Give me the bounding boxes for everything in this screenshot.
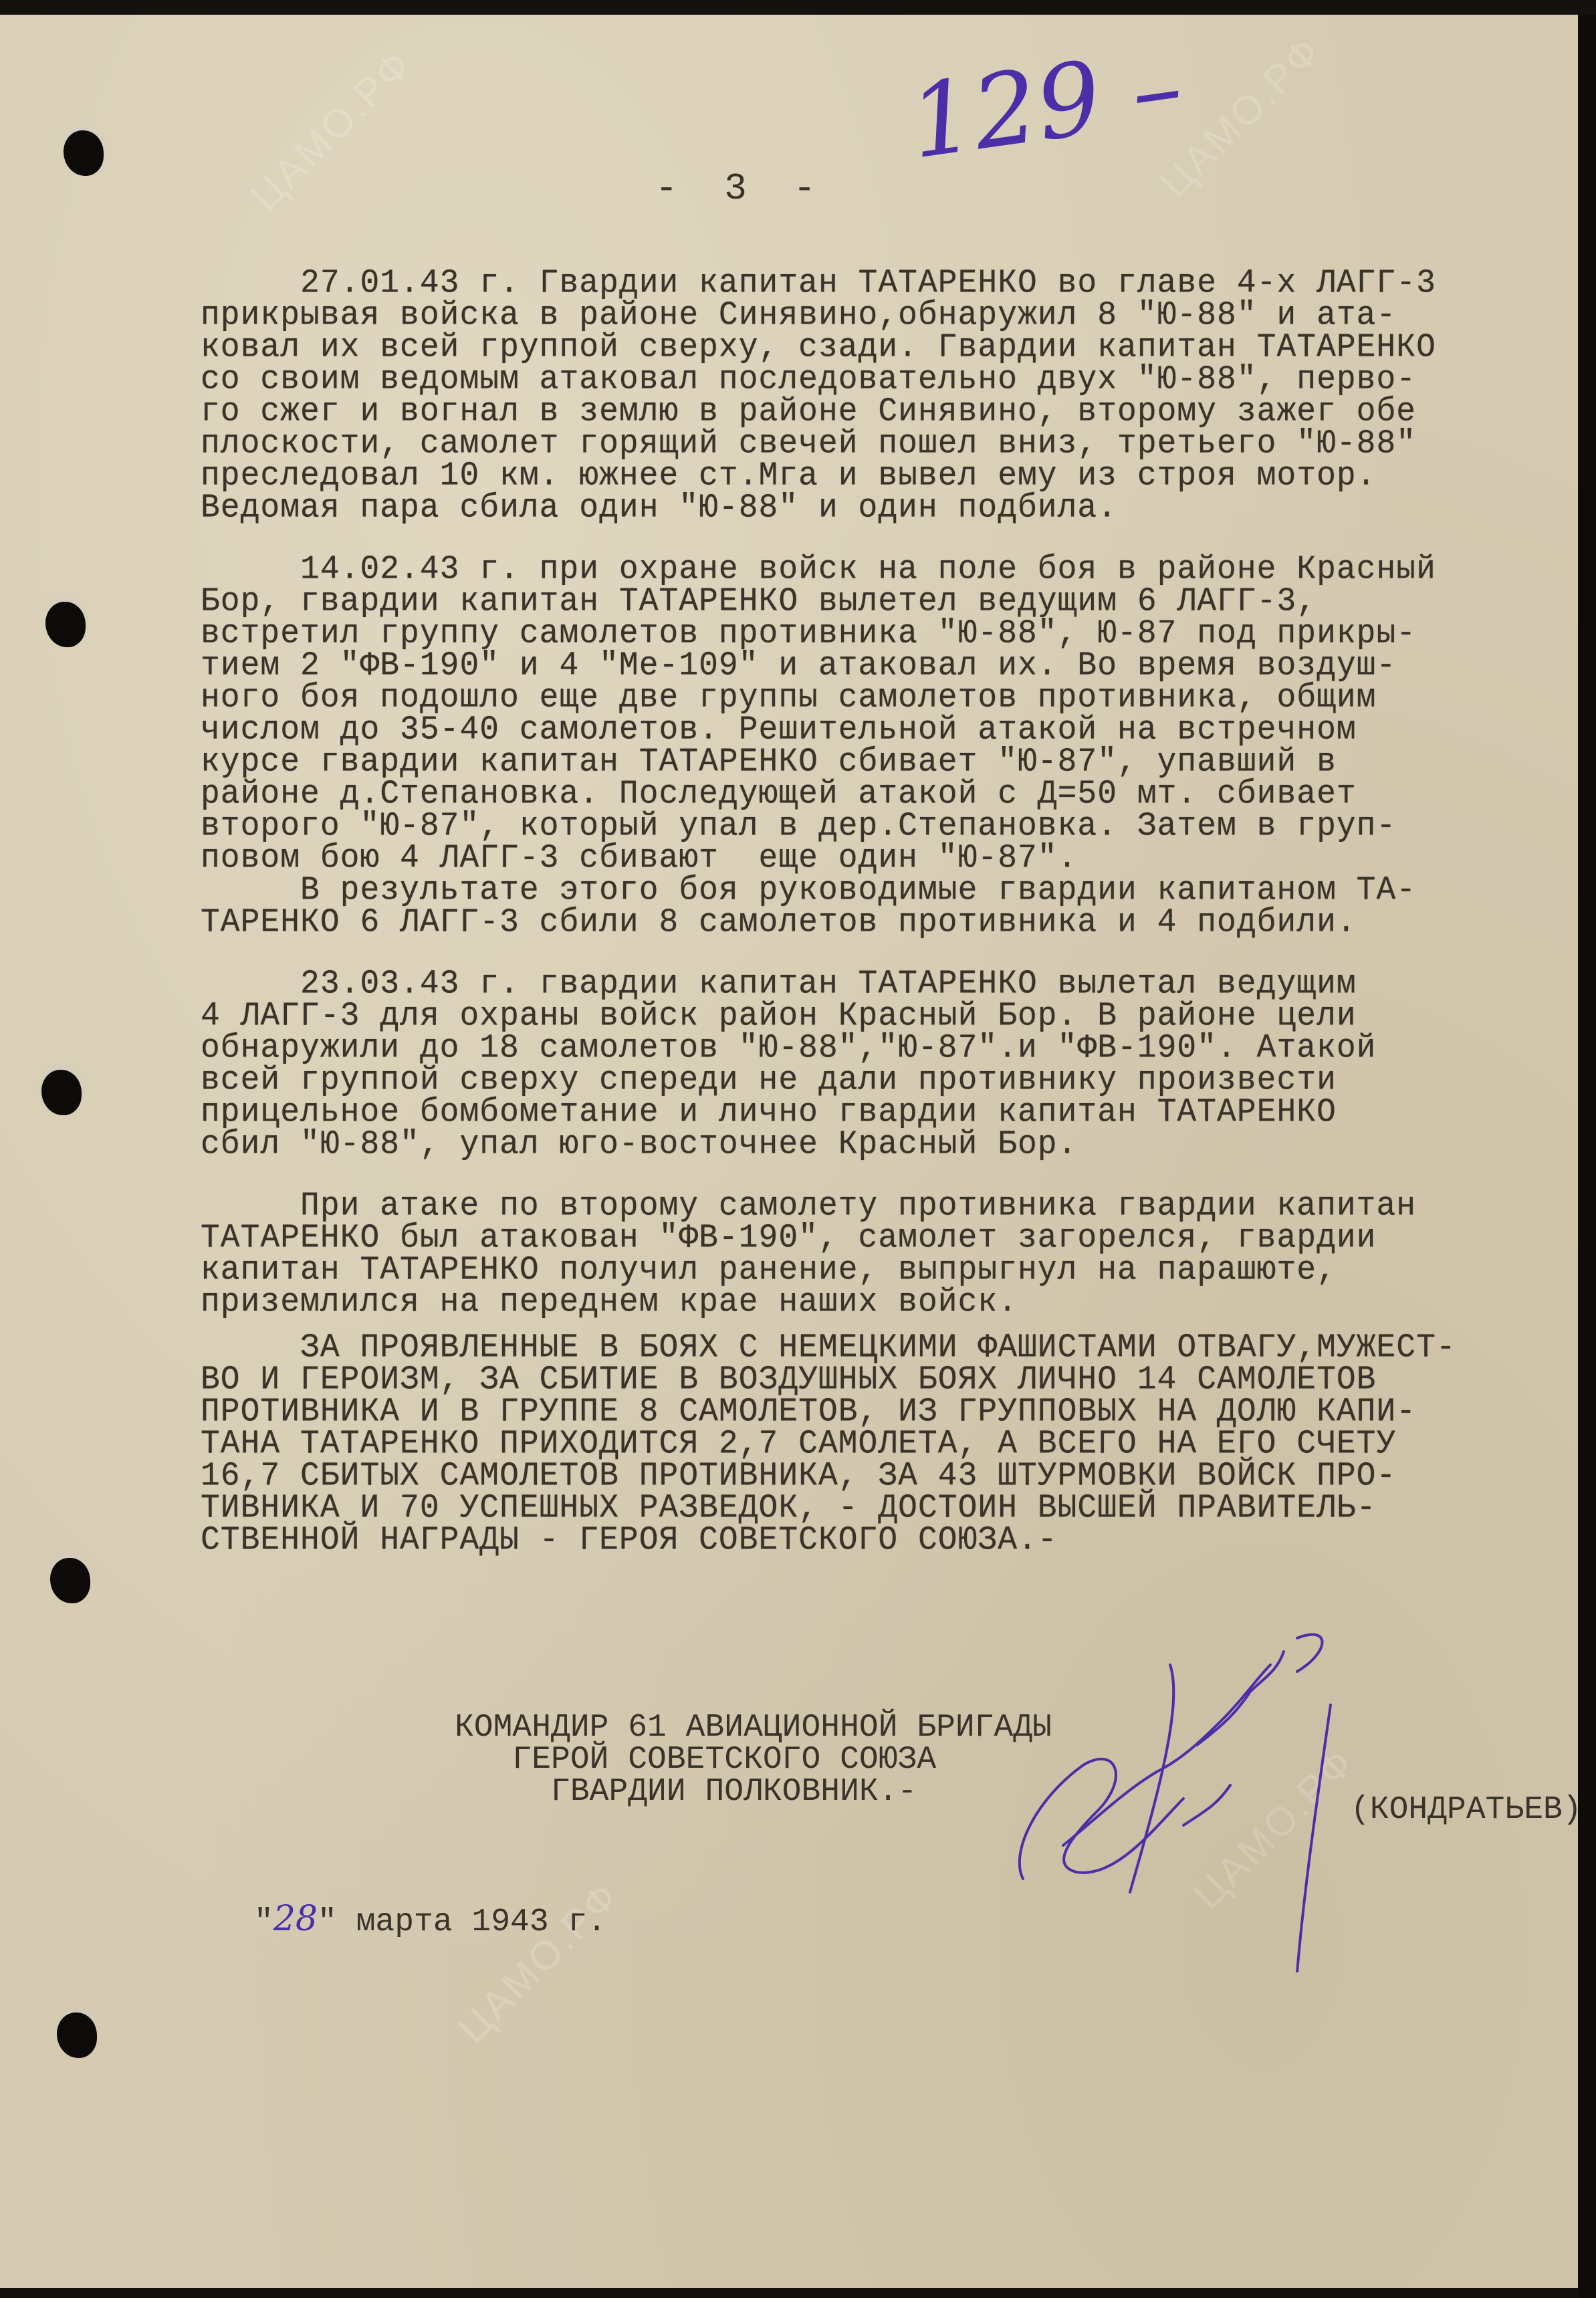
date-day: 28 (273, 1899, 318, 1939)
text-line: обнаружили до 18 самолетов "Ю-88","Ю-87"… (201, 1032, 1591, 1065)
text-line: сбил "Ю-88", упал юго-восточнее Красный … (201, 1128, 1591, 1161)
signatory-name: (КОНДРАТЬЕВ) (1351, 1792, 1582, 1828)
text-line: курсе гвардии капитан ТАТАРЕНКО сбивает … (201, 745, 1591, 779)
text-line: СТВЕННОЙ НАГРАДЫ - ГЕРОЯ СОВЕТСКОГО СОЮЗ… (201, 1524, 1591, 1557)
text-line: ТИВНИКА И 70 УСПЕШНЫХ РАЗВЕДОК, - ДОСТОИ… (201, 1492, 1591, 1525)
punch-hole-icon (50, 1558, 90, 1603)
paragraph-3: 23.03.43 г. гвардии капитан ТАТАРЕНКО вы… (201, 968, 1591, 1161)
text-line: районе д.Степановка. Последующей атакой … (201, 778, 1591, 811)
text-line: Ведомая пара сбила один "Ю-88" и один по… (201, 491, 1591, 525)
text-line: ТАРЕНКО 6 ЛАГГ-3 сбили 8 самолетов проти… (201, 906, 1591, 939)
handwritten-signature-icon (983, 1625, 1357, 1972)
text-line: ного боя подошло еще две группы самолето… (201, 681, 1591, 715)
text-line: тием 2 "ФВ-190" и 4 "Ме-109" и атаковал … (201, 649, 1591, 683)
signature-block: КОМАНДИР 61 АВИАЦИОННОЙ БРИГАДЫ ГЕРОЙ СО… (455, 1712, 1052, 1808)
paragraph-1: 27.01.43 г. Гвардии капитан ТАТАРЕНКО во… (201, 267, 1591, 524)
page-number: - 3 - (655, 167, 828, 210)
text-line: прикрывая войска в районе Синявино,обнар… (201, 299, 1591, 332)
text-line: 27.01.43 г. Гвардии капитан ТАТАРЕНКО во… (201, 267, 1591, 300)
text-line: встретил группу самолетов противника "Ю-… (201, 617, 1591, 651)
date-month-year: марта 1943 г. (356, 1904, 606, 1940)
text-line: второго "Ю-87", который упал в дер.Степа… (201, 810, 1591, 843)
text-line: ПРОТИВНИКА И В ГРУППЕ 8 САМОЛЕТОВ, ИЗ ГР… (201, 1395, 1591, 1429)
punch-hole-icon (57, 2013, 97, 2058)
text-line: прицельное бомбометание и лично гвардии … (201, 1096, 1591, 1129)
text-line: го сжег и вогнал в землю в районе Синяви… (201, 395, 1591, 429)
text-line: ВО И ГЕРОИЗМ, ЗА СБИТИЕ В ВОЗДУШНЫХ БОЯХ… (201, 1363, 1591, 1397)
signatory-title: ГЕРОЙ СОВЕТСКОГО СОЮЗА (455, 1744, 1052, 1776)
paragraph-conclusion: ЗА ПРОЯВЛЕННЫЕ В БОЯХ С НЕМЕЦКИМИ ФАШИСТ… (201, 1332, 1591, 1557)
text-line: плоскости, самолет горящий свечей пошел … (201, 427, 1591, 461)
text-line: приземлился на переднем крае наших войск… (201, 1286, 1591, 1319)
text-line: Бор, гвардии капитан ТАТАРЕНКО вылетел в… (201, 585, 1591, 618)
text-line: При атаке по второму самолету противника… (201, 1189, 1591, 1223)
punch-hole-icon (41, 1070, 82, 1115)
text-line: ковал их всей группой сверху, сзади. Гва… (201, 331, 1591, 364)
text-line: всей группой сверху спереди не дали прот… (201, 1064, 1591, 1097)
text-line: числом до 35-40 самолетов. Решительной а… (201, 713, 1591, 747)
text-line: ТАНА ТАТАРЕНКО ПРИХОДИТСЯ 2,7 САМОЛЕТА, … (201, 1427, 1591, 1461)
text-line: ТАТАРЕНКО был атакован "ФВ-190", самолет… (201, 1222, 1591, 1255)
text-line: повом бою 4 ЛАГГ-3 сбивают еще один "Ю-8… (201, 842, 1591, 875)
text-line: 14.02.43 г. при охране войск на поле боя… (201, 553, 1591, 586)
punch-hole-icon (64, 130, 104, 176)
document-date: "28" марта 1943 г. (254, 1899, 606, 1940)
text-line: 16,7 СБИТЫХ САМОЛЕТОВ ПРОТИВНИКА, ЗА 43 … (201, 1460, 1591, 1493)
paragraph-4: При атаке по второму самолету противника… (201, 1190, 1591, 1318)
text-line: преследовал 10 км. южнее ст.Мга и вывел … (201, 459, 1591, 493)
text-line: капитан ТАТАРЕНКО получил ранение, выпры… (201, 1254, 1591, 1287)
document-body: 27.01.43 г. Гвардии капитан ТАТАРЕНКО во… (201, 267, 1591, 1557)
text-line: 23.03.43 г. гвардии капитан ТАТАРЕНКО вы… (201, 967, 1591, 1001)
paragraph-2: 14.02.43 г. при охране войск на поле боя… (201, 554, 1591, 939)
punch-hole-icon (45, 602, 86, 647)
text-line: В результате этого боя руководимые гвард… (201, 874, 1591, 907)
text-line: 4 ЛАГГ-3 для охраны войск район Красный … (201, 1000, 1591, 1033)
signatory-title: ГВАРДИИ ПОЛКОВНИК.- (455, 1776, 1052, 1808)
text-line: ЗА ПРОЯВЛЕННЫЕ В БОЯХ С НЕМЕЦКИМИ ФАШИСТ… (201, 1331, 1591, 1365)
signatory-title: КОМАНДИР 61 АВИАЦИОННОЙ БРИГАДЫ (455, 1712, 1052, 1744)
text-line: со своим ведомым атаковал последовательн… (201, 363, 1591, 396)
